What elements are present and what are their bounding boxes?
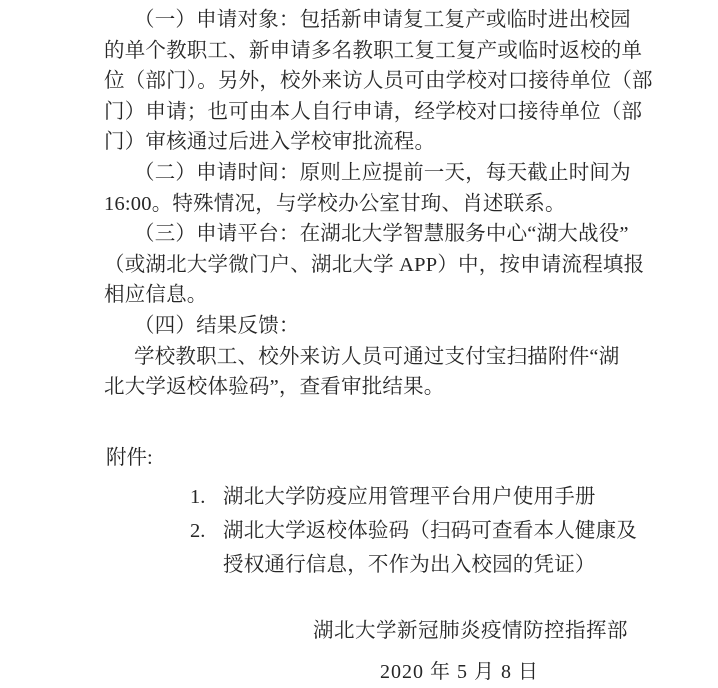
body-line: 的单个教职工、新申请多名教职工复工复产或临时返校的单: [104, 36, 644, 67]
attachment-item: 2. 湖北大学返校体验码（扫码可查看本人健康及 授权通行信息，不作为出入校园的凭…: [190, 514, 637, 582]
signature-date: 2020 年 5 月 8 日: [313, 657, 606, 687]
body-line: 门）申请；也可由本人自行申请，经学校对口接待单位（部: [104, 97, 644, 128]
body-line: 门）审核通过后进入学校审批流程。: [104, 127, 644, 158]
body-line: 北大学返校体验码”，查看审批结果。: [104, 372, 644, 403]
document-page: （一）申请对象：包括新申请复工复产或临时进出校园 的单个教职工、新申请多名教职工…: [0, 0, 718, 688]
body-line: （三）申请平台：在湖北大学智慧服务中心“湖大战役”: [104, 219, 644, 250]
attachment-item: 1. 湖北大学防疫应用管理平台用户使用手册: [190, 480, 596, 514]
body-line: （或湖北大学微门户、湖北大学 APP）中，按申请流程填报: [104, 250, 644, 281]
attachment-item-text: 湖北大学返校体验码（扫码可查看本人健康及 授权通行信息，不作为出入校园的凭证）: [223, 514, 637, 582]
body-line: 学校教职工、校外来访人员可通过支付宝扫描附件“湖: [104, 342, 644, 373]
body-line: （四）结果反馈：: [104, 311, 644, 342]
attachment-item-text: 湖北大学防疫应用管理平台用户使用手册: [223, 480, 596, 514]
attachment-item-line: 湖北大学防疫应用管理平台用户使用手册: [223, 480, 596, 514]
body-line: 位（部门）。另外，校外来访人员可由学校对口接待单位（部: [104, 66, 644, 97]
attachments-heading: 附件:: [106, 443, 153, 473]
document-body: （一）申请对象：包括新申请复工复产或临时进出校园 的单个教职工、新申请多名教职工…: [104, 5, 644, 403]
body-line: 相应信息。: [104, 280, 644, 311]
attachment-item-line: 湖北大学返校体验码（扫码可查看本人健康及: [223, 514, 637, 548]
attachment-item-number: 1.: [190, 480, 223, 514]
attachment-item-line: 授权通行信息，不作为出入校园的凭证）: [223, 548, 637, 582]
signature-organization: 湖北大学新冠肺炎疫情防控指挥部: [313, 616, 606, 646]
body-line: （一）申请对象：包括新申请复工复产或临时进出校园: [104, 5, 644, 36]
body-line: （二）申请时间：原则上应提前一天，每天截止时间为: [104, 158, 644, 189]
body-line: 16:00。特殊情况，与学校办公室甘珣、肖述联系。: [104, 189, 644, 220]
attachment-item-number: 2.: [190, 514, 223, 548]
